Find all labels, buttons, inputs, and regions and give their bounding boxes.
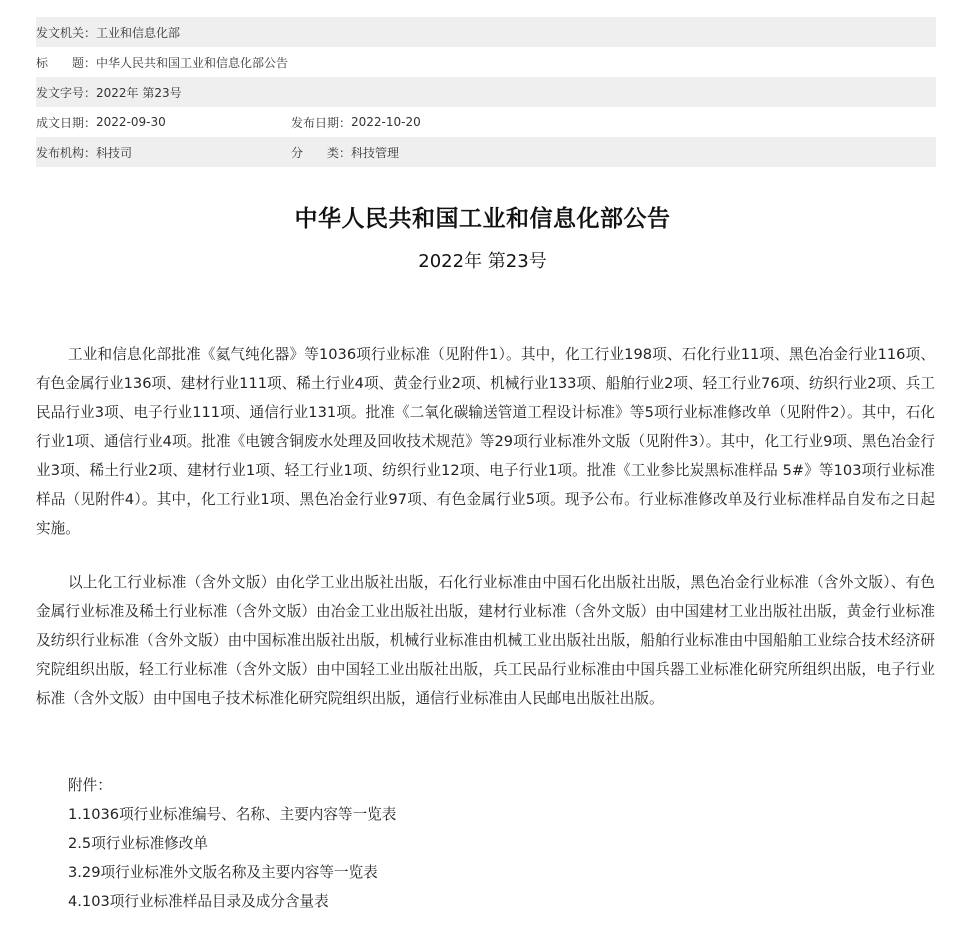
- body-paragraph-2: 以上化工行业标准（含外文版）由化学工业出版社出版，石化行业标准由中国石化出版社出…: [36, 568, 935, 713]
- meta-value: 中华人民共和国工业和信息化部公告: [96, 54, 288, 71]
- meta-label: 发文字号：: [36, 84, 96, 101]
- document-title: 中华人民共和国工业和信息化部公告: [0, 200, 965, 233]
- document-metadata-table: 发文机关： 工业和信息化部 标 题： 中华人民共和国工业和信息化部公告 发文字号…: [36, 17, 936, 167]
- publish-date: 2022-10-20: [351, 115, 421, 129]
- body-paragraph-1: 工业和信息化部批准《氦气纯化器》等1036项行业标准（见附件1）。其中，化工行业…: [36, 340, 935, 543]
- meta-row-document-number: 发文字号： 2022年 第23号: [36, 77, 936, 107]
- attachment-link-4[interactable]: 4.103项行业标准样品目录及成分含量表: [68, 887, 396, 916]
- attachment-link-1[interactable]: 1.1036项行业标准编号、名称、主要内容等一览表: [68, 800, 396, 829]
- attachments-label: 附件：: [68, 771, 396, 800]
- meta-row-issuing-authority: 发文机关： 工业和信息化部: [36, 17, 936, 47]
- meta-label: 发布机构：: [36, 144, 96, 161]
- meta-row-title: 标 题： 中华人民共和国工业和信息化部公告: [36, 47, 936, 77]
- written-date: 2022-09-30: [96, 115, 166, 129]
- attachments-list: 附件： 1.1036项行业标准编号、名称、主要内容等一览表 2.5项行业标准修改…: [68, 771, 396, 916]
- meta-label: 发文机关：: [36, 24, 96, 41]
- document-number: 2022年 第23号: [0, 247, 965, 273]
- meta-row-dates: 成文日期： 2022-09-30 发布日期： 2022-10-20: [36, 107, 936, 137]
- attachment-link-3[interactable]: 3.29项行业标准外文版名称及主要内容等一览表: [68, 858, 396, 887]
- meta-value: 2022年 第23号: [96, 84, 182, 101]
- publishing-office: 科技司: [96, 144, 132, 161]
- category: 科技管理: [351, 144, 399, 161]
- meta-label: 成文日期：: [36, 114, 96, 131]
- meta-label: 发布日期：: [291, 114, 351, 131]
- meta-label: 分 类：: [291, 144, 351, 161]
- attachment-link-2[interactable]: 2.5项行业标准修改单: [68, 829, 396, 858]
- meta-label: 标 题：: [36, 54, 96, 71]
- meta-value: 工业和信息化部: [96, 24, 180, 41]
- meta-row-publisher-category: 发布机构： 科技司 分 类： 科技管理: [36, 137, 936, 167]
